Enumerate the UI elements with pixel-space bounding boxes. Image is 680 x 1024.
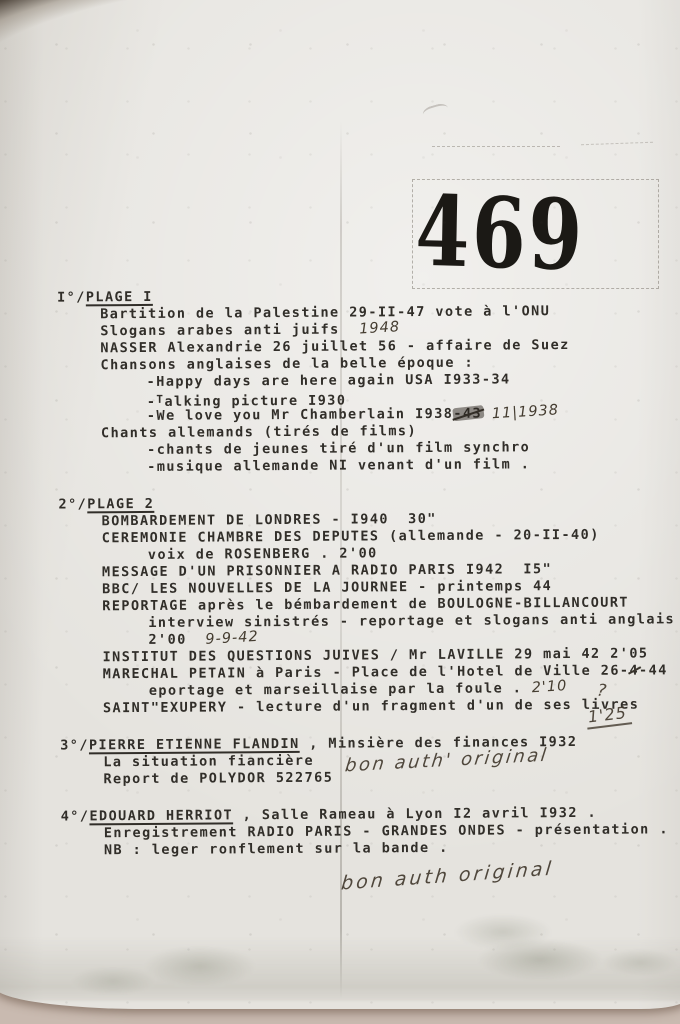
typed-text: Chants allemands (tirés de films) [101,423,417,441]
scanned-document-photo: 469 I°/PLAGE IBartition de la Palestine … [0,0,680,1024]
typed-text: T [156,393,164,406]
underlined-title: PIERRE ETIENNE FLANDIN [89,736,300,753]
page-curl-shadow [0,0,341,99]
typed-text: CEREMONIE CHAMBRE DES DEPUTES (allemande… [102,527,600,546]
stamp-box-edge [432,146,560,147]
fold-crease [340,121,342,999]
handwritten-annotation: 11|1938 [491,402,559,423]
text-line: SAINT"EXUPERY - lecture d'un fragment d'… [0,696,678,718]
typed-text: Chansons anglaises de la belle époque : [100,355,474,374]
typed-text: interview sinistrés - reportage et sloga… [148,611,675,631]
typed-text: voix de ROSENBERG . 2'00 [148,545,378,563]
handwritten-annotation: 9-9-42 [205,629,259,649]
typed-text: -Happy days are here again USA I933-34 [147,371,511,390]
typed-text: -44 [639,662,668,678]
toner-smudges [0,909,680,1001]
handwritten-annotation: 2'10 [531,678,568,697]
typed-text: SAINT"EXUPERY - lecture d'un fragment d'… [103,697,639,717]
typed-text: -musique allemande NI venant d'un film . [147,456,530,475]
struck-text: -43 [453,406,482,422]
typed-text: BBC/ LES NOUVELLES DE LA JOURNEE - print… [102,578,552,597]
typed-text: NASSER Alexandrie 26 juillet 56 - affair… [100,337,569,356]
document-page: 469 I°/PLAGE IBartition de la Palestine … [0,0,680,1009]
smudge-mark [421,102,450,125]
underlined-title: EDOUARD HERRIOT [89,807,233,824]
underlined-title: PLAGE 2 [87,496,154,512]
typed-text: NB : leger ronflement sur la bande . [104,840,449,858]
typed-text: -chants de jeunes tiré d'un film synchro [147,439,530,458]
typed-text: Bartition de la Palestine 29-II-47 vote … [100,303,550,322]
text-line: -musique allemande NI venant d'un film . [0,455,676,477]
typed-text: Report de POLYDOR 522765 [103,770,333,788]
typed-text: 2°/ [58,496,87,512]
typed-text: 3°/ [60,737,89,753]
typed-text: Slogans arabes anti juifs [100,321,359,339]
struck-text: 4 [629,663,639,679]
typed-text: , Salle Rameau à Lyon I2 avril I932 . [233,805,597,824]
handwritten-annotation: 1948 [358,319,400,338]
typed-text: 4°/ [61,808,90,824]
typed-text: -We love you Mr Chamberlain I938 [147,406,454,424]
typed-text: BOMBARDEMENT DE LONDRES - I940 30" [102,511,437,529]
underlined-title: PLAGE I [86,289,153,305]
document-section: I°/PLAGE IBartition de la Palestine 29-I… [0,285,676,477]
document-section: 2°/PLAGE 2BOMBARDEMENT DE LONDRES - I940… [0,492,678,718]
stamp-box-edge [581,142,653,146]
typed-text: MESSAGE D'UN PRISONNIER A RADIO PARIS I9… [102,561,552,580]
typed-text: Enregistrement RADIO PARIS - GRANDES OND… [104,821,669,841]
typed-text: 2'00 [148,632,206,648]
typed-text: I°/ [57,289,86,305]
page-number-stamp: 469 [399,182,601,285]
typed-text: La situation fiancière [103,753,314,770]
